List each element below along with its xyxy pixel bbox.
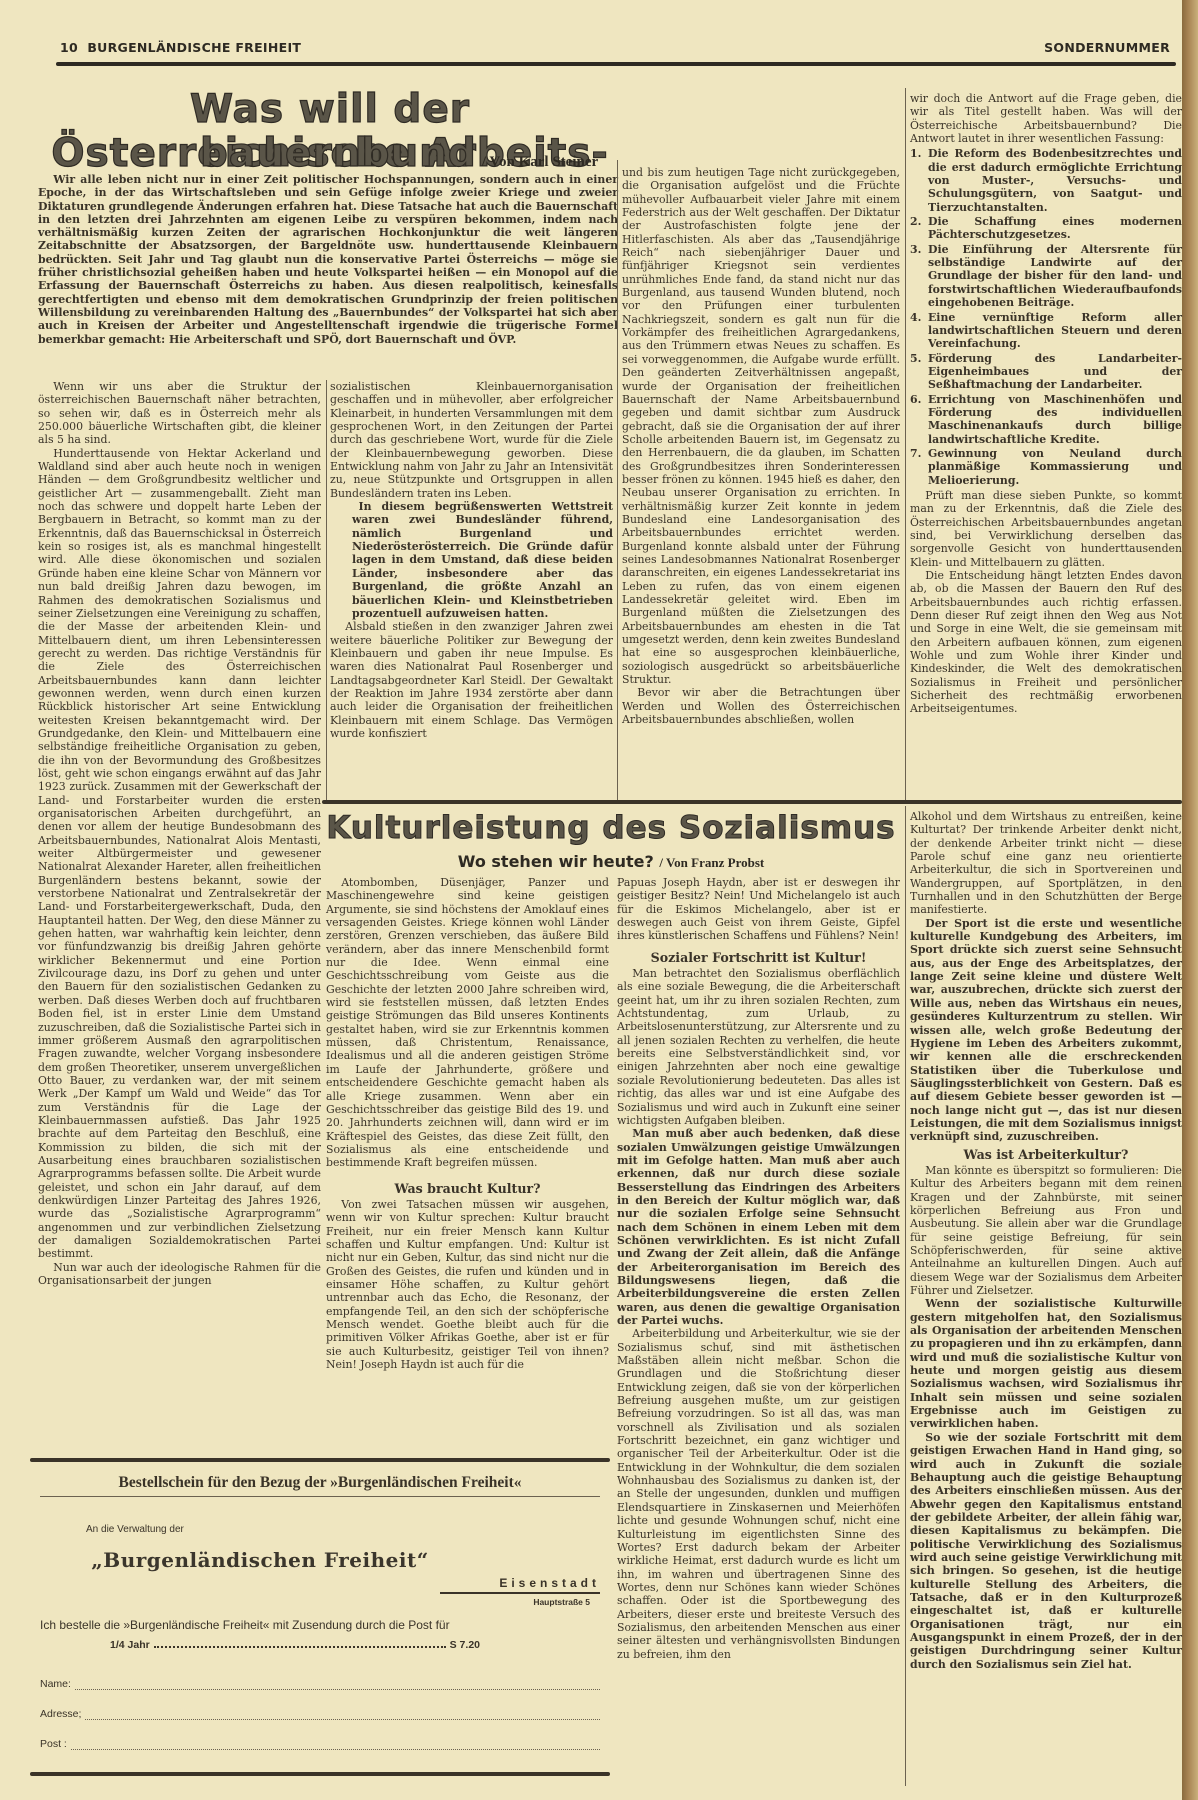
article2-subtitle-row: Wo stehen wir heute? / Von Franz Probst <box>322 852 900 871</box>
subscription-price: S 7.20 <box>450 1639 480 1651</box>
city-underline <box>440 1592 600 1594</box>
order-form: Bestellschein für den Bezug der »Burgenl… <box>40 1466 610 1766</box>
subheading-was-braucht-kultur: Was braucht Kultur? <box>326 1182 609 1195</box>
article2-title: Kulturleistung des Sozialismus <box>322 810 900 846</box>
address-label: Adresse; <box>40 1708 81 1720</box>
subscription-period: 1/4 Jahr <box>110 1639 150 1651</box>
article1-highlight: In diesem begrüßenswerten Wettstreit war… <box>330 500 613 620</box>
name-input-line[interactable] <box>75 1688 600 1690</box>
article2-paragraph: Man betrachtet den Sozialismus oberfläch… <box>617 967 900 1127</box>
name-label: Name: <box>40 1678 71 1690</box>
order-form-title-rule <box>40 1496 600 1497</box>
subheading-sozialer-fortschritt: Sozialer Fortschritt ist Kultur! <box>617 951 900 964</box>
article1-paragraph: wir doch die Antwort auf die Frage geben… <box>910 92 1182 145</box>
article1-paragraph: Wenn wir uns aber die Struktur der öster… <box>38 380 321 447</box>
article1-paragraph: sozialistischen Kleinbauernorganisation … <box>330 380 613 500</box>
demand-item: 6.Errichtung von Maschinenhöfen und Förd… <box>910 393 1182 446</box>
column-divider <box>905 806 906 1786</box>
order-brand: „Burgenländischen Freiheit“ <box>40 1548 480 1572</box>
demand-item: 5.Förderung des Landarbeiter-Eigenheimba… <box>910 352 1182 392</box>
article1-paragraph: Die Entscheidung hängt letzten Endes dav… <box>910 569 1182 716</box>
article2-paragraph: Man könnte es überspitzt so formulieren:… <box>910 1164 1182 1297</box>
page-edge-shadow <box>1182 0 1198 1800</box>
order-city: Eisenstadt <box>440 1576 600 1590</box>
article1-lead-text: Wir alle leben nicht nur in einer Zeit p… <box>38 173 618 346</box>
demand-item: 4.Eine vernünftige Reform aller landwirt… <box>910 311 1182 351</box>
article2-highlight: Man muß aber auch bedenken, daß diese so… <box>617 1127 900 1327</box>
article2-paragraph: Alkohol und dem Wirtshaus zu entreißen, … <box>910 810 1182 917</box>
name-field[interactable]: Name: <box>40 1678 600 1690</box>
demand-item: 1.Die Reform des Bodenbesitzrechtes und … <box>910 147 1182 214</box>
edition-label: SONDERNUMMER <box>1044 40 1170 55</box>
article1-lead: Wir alle leben nicht nur in einer Zeit p… <box>38 173 618 346</box>
post-input-line[interactable] <box>71 1748 600 1750</box>
article1-paragraph: Bevor wir aber die Betrachtungen über We… <box>622 686 900 726</box>
article1-column-4: wir doch die Antwort auf die Frage geben… <box>910 92 1182 716</box>
article2-subtitle: Wo stehen wir heute? <box>458 852 654 871</box>
article2-paragraph: Arbeiterbildung und Arbeiterkultur, wie … <box>617 1327 900 1661</box>
post-label: Post : <box>40 1738 67 1750</box>
column-divider <box>905 88 906 800</box>
header-rule <box>56 62 1176 66</box>
demand-item: 2.Die Schaffung eines modernen Pächtersc… <box>910 215 1182 242</box>
dot-leader <box>154 1638 446 1648</box>
article2-highlight: So wie der soziale Fortschritt mit dem g… <box>910 1431 1182 1671</box>
article2-byline: / Von Franz Probst <box>659 855 764 870</box>
article1-byline: / Von Karl Steiner <box>482 154 598 170</box>
order-form-title: Bestellschein für den Bezug der »Burgenl… <box>40 1474 600 1492</box>
subheading-was-ist-arbeiterkultur: Was ist Arbeiterkultur? <box>910 1148 1182 1161</box>
article2-column-1: Atombomben, Düsenjäger, Panzer und Masch… <box>326 876 609 1371</box>
article-separator <box>322 800 1182 804</box>
article2-highlight: Der Sport ist die erste und wesentliche … <box>910 917 1182 1144</box>
demands-list: 1.Die Reform des Bodenbesitzrechtes und … <box>910 147 1182 487</box>
demand-item: 3.Die Einführung der Altersrente für sel… <box>910 243 1182 310</box>
article2-column-3: Alkohol und dem Wirtshaus zu entreißen, … <box>910 810 1182 1671</box>
demand-item: 7.Gewinnung von Neuland durch planmäßige… <box>910 447 1182 487</box>
article1-title-line2-row: bauernbund / Von Karl Steiner <box>200 132 620 176</box>
column-divider <box>326 380 327 800</box>
page-number: 10 <box>60 40 78 55</box>
article1-paragraph: Hunderttausende von Hektar Ackerland und… <box>38 447 321 1261</box>
article2-paragraph: Atombomben, Düsenjäger, Panzer und Masch… <box>326 876 609 1170</box>
article1-paragraph: Prüft man diese sieben Punkte, so kommt … <box>910 489 1182 569</box>
article1-column-2: sozialistischen Kleinbauernorganisation … <box>330 380 613 740</box>
page-masthead: 10 BURGENLÄNDISCHE FREIHEIT <box>60 40 301 55</box>
order-street: Hauptstraße 5 <box>440 1597 590 1607</box>
article2-paragraph: Von zwei Tatsachen müssen wir ausgehen, … <box>326 1198 609 1371</box>
article2-highlight: Wenn der sozialistische Kulturwille gest… <box>910 1297 1182 1430</box>
article1-paragraph: und bis zum heutigen Tage nicht zurückge… <box>622 166 900 686</box>
addressee-line: An die Verwaltung der <box>86 1524 184 1535</box>
article1-paragraph: Alsbald stießen in den zwanziger Jahren … <box>330 620 613 740</box>
article1-paragraph: Nun war auch der ideologische Rahmen für… <box>38 1261 321 1288</box>
order-form-bottom-rule <box>30 1772 610 1776</box>
article2-paragraph: Papuas Joseph Haydn, aber ist er deswege… <box>617 876 900 943</box>
publication-name: BURGENLÄNDISCHE FREIHEIT <box>87 40 301 55</box>
article1-title-line2: bauernbund <box>200 132 477 176</box>
running-head: 10 BURGENLÄNDISCHE FREIHEIT SONDERNUMMER <box>60 40 1170 58</box>
subscription-option[interactable]: 1/4 Jahr S 7.20 <box>110 1638 480 1651</box>
article1-column-3: und bis zum heutigen Tage nicht zurückge… <box>622 166 900 726</box>
order-statement: Ich bestelle die »Burgenländische Freihe… <box>40 1618 600 1632</box>
post-field[interactable]: Post : <box>40 1738 600 1750</box>
article2-column-2: Papuas Joseph Haydn, aber ist er deswege… <box>617 876 900 1661</box>
address-input-line[interactable] <box>85 1718 600 1720</box>
address-field[interactable]: Adresse; <box>40 1708 600 1720</box>
column-divider <box>617 160 618 800</box>
order-form-top-rule <box>30 1458 610 1462</box>
article1-column-1: Wenn wir uns aber die Struktur der öster… <box>38 380 321 1287</box>
